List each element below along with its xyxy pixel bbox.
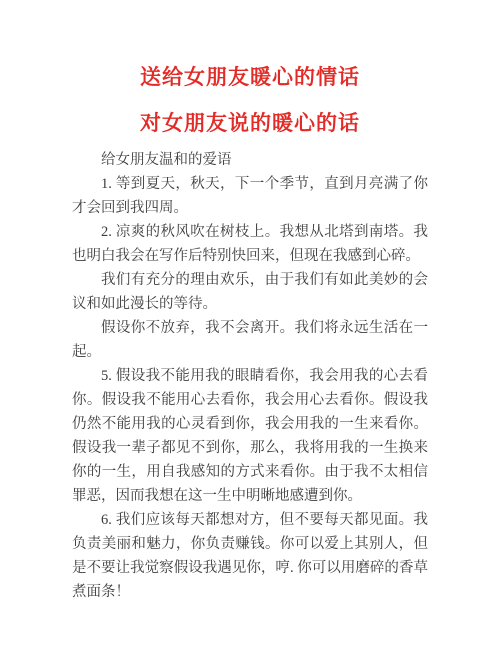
document-page: 送给女朋友暖心的情话 对女朋友说的暖心的话 给女朋友温和的爱语 1. 等到夏天，… xyxy=(0,0,500,647)
article-paragraph: 我们有充分的理由欢乐，由于我们有如此美妙的会议和如此漫长的等待。 xyxy=(72,268,428,316)
article-paragraph: 5. 假设我不能用我的眼睛看你，我会用我的心去看你。假设我不能用心去看你，我会用… xyxy=(72,364,428,508)
section-heading: 给女朋友温和的爱语 xyxy=(72,148,428,172)
article-paragraph: 1. 等到夏天，秋天，下一个季节，直到月亮满了你才会回到我四周。 xyxy=(72,172,428,220)
article-body: 给女朋友温和的爱语 1. 等到夏天，秋天，下一个季节，直到月亮满了你才会回到我四… xyxy=(72,146,428,604)
article-title-main: 送给女朋友暖心的情话 xyxy=(0,54,500,100)
article-paragraph: 6. 我们应该每天都想对方，但不要每天都见面。我负责美丽和魅力，你负责赚钱。你可… xyxy=(72,508,428,604)
article-paragraph: 2. 凉爽的秋风吹在树枝上。我想从北塔到南塔。我也明白我会在写作后特别快回来，但… xyxy=(72,220,428,268)
article-title-sub: 对女朋友说的暖心的话 xyxy=(0,100,500,146)
article-paragraph: 假设你不放弃，我不会离开。我们将永远生活在一起。 xyxy=(72,316,428,364)
title-block: 送给女朋友暖心的情话 对女朋友说的暖心的话 xyxy=(0,0,500,146)
